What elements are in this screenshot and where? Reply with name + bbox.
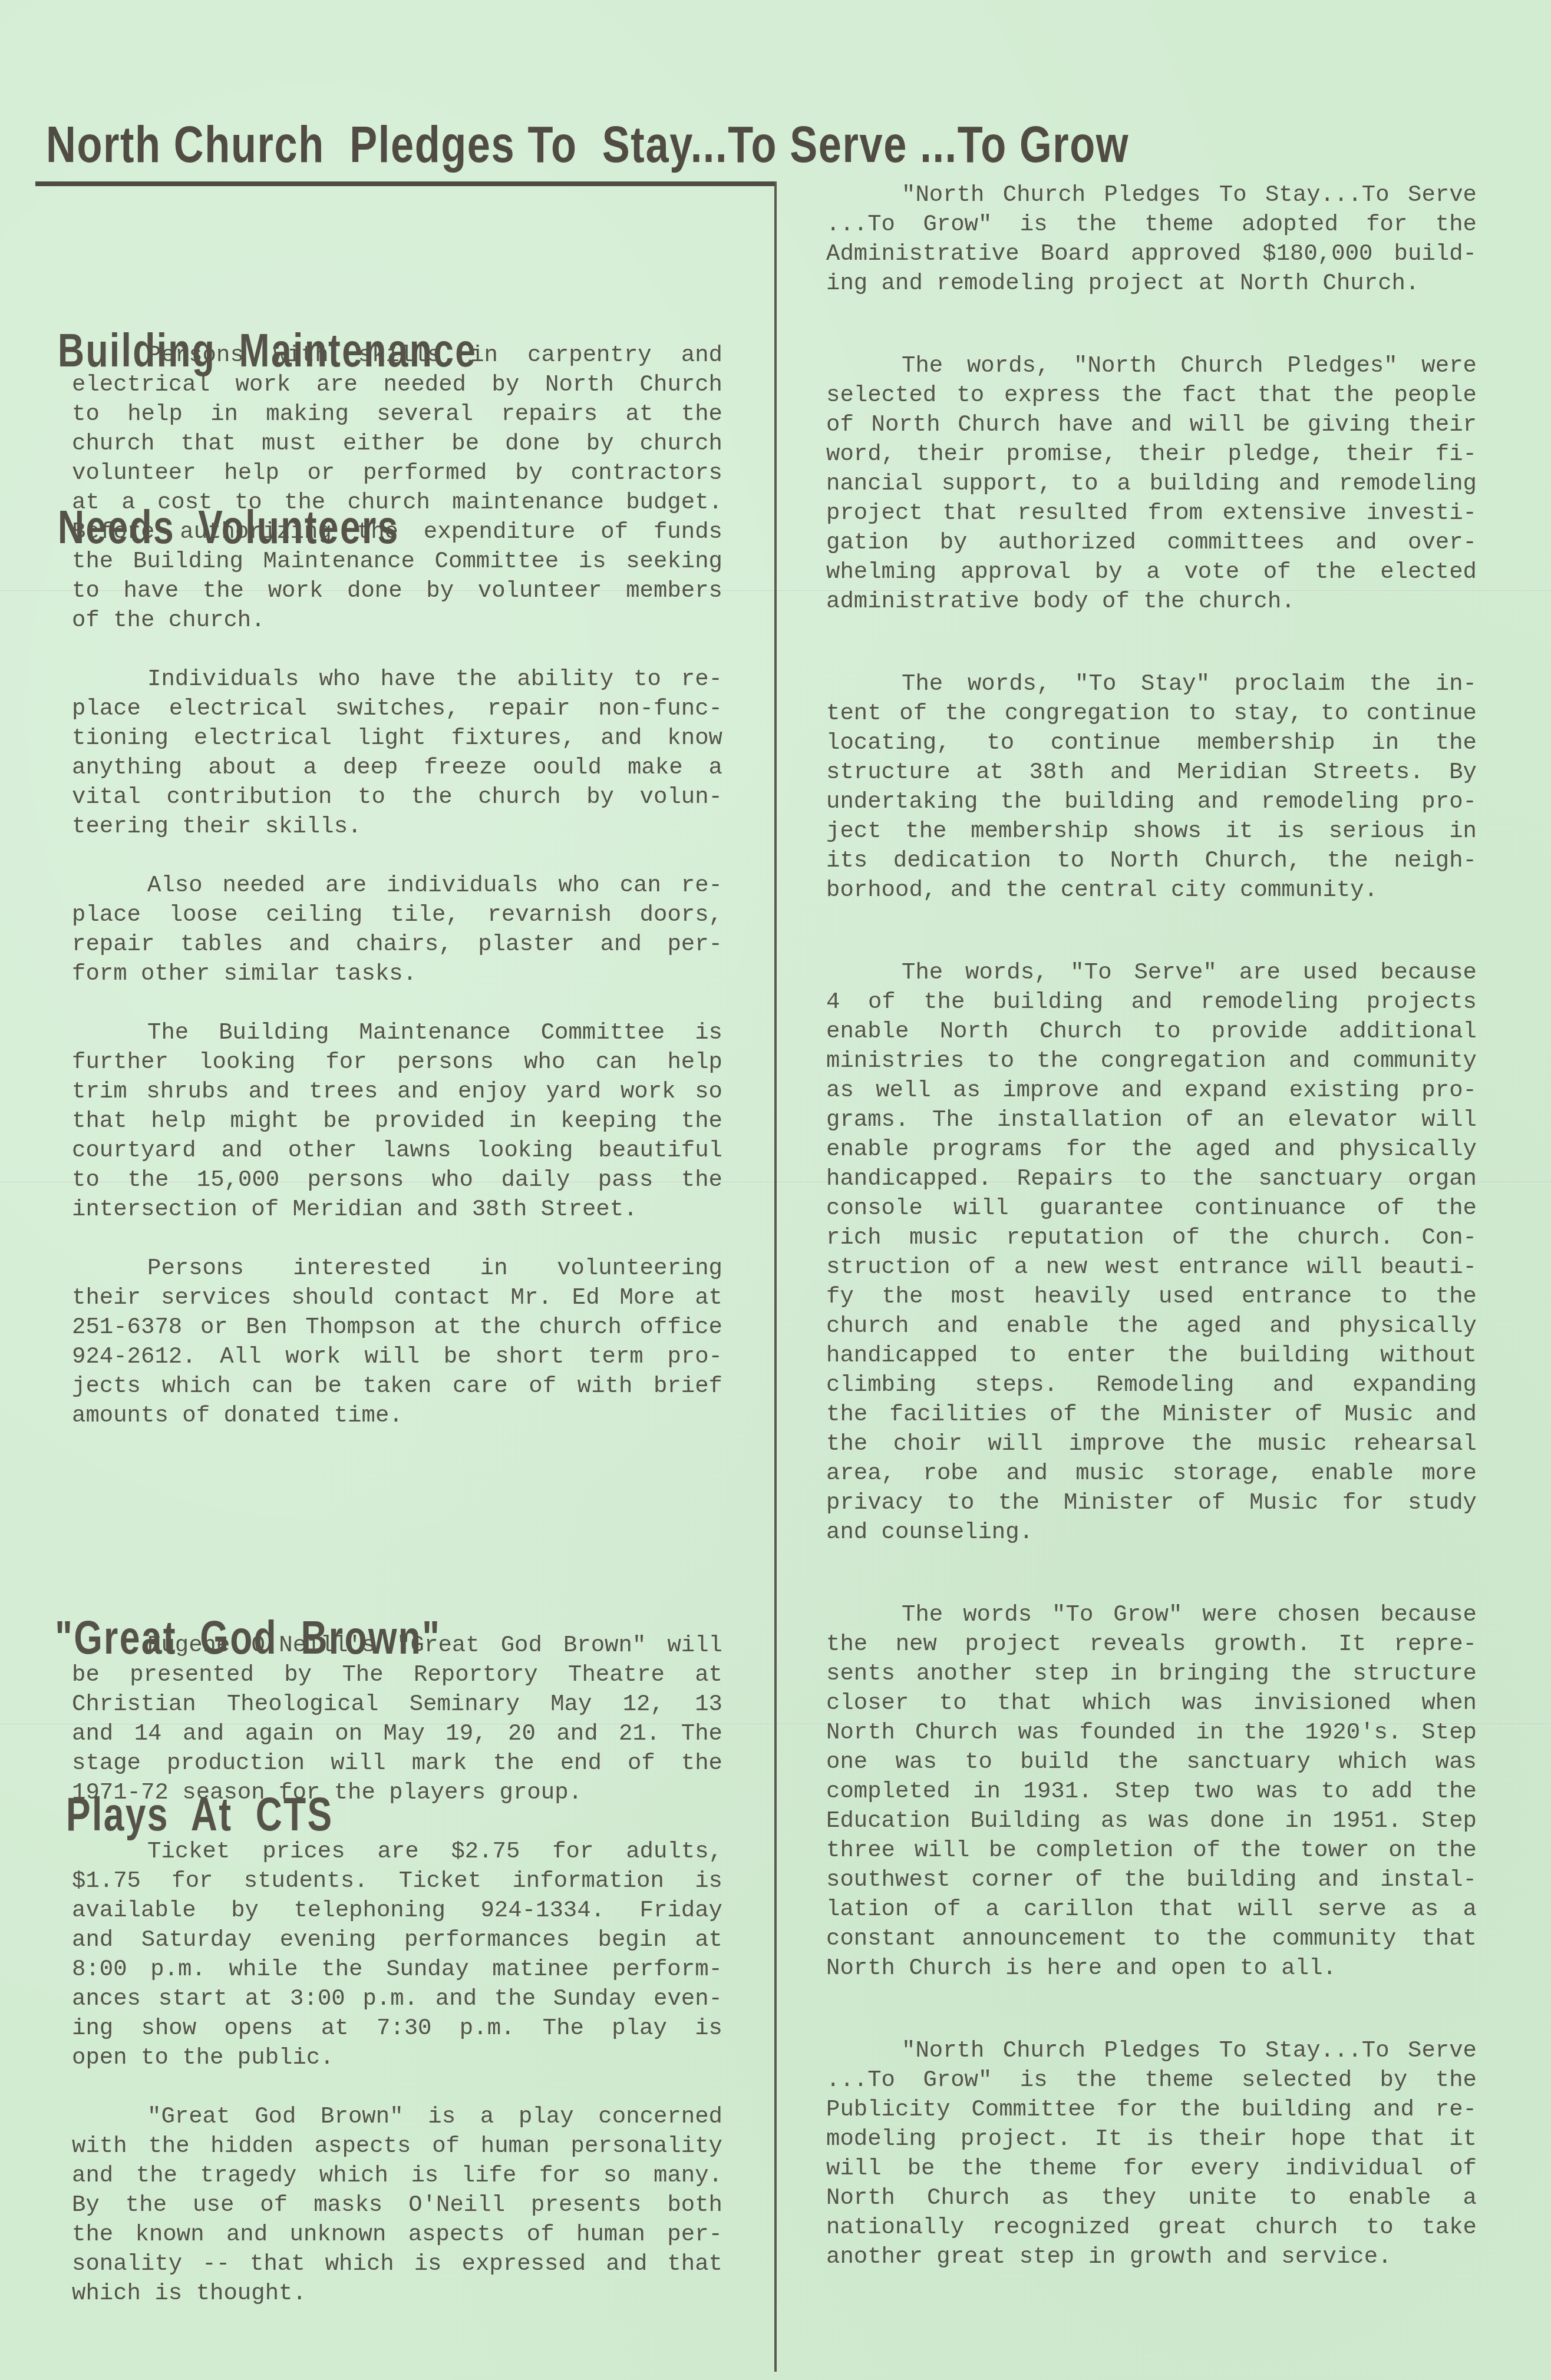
text-line: and 14 and again on May 19, 20 and 21. T… [72,1719,722,1748]
paragraph: The Building Maintenance Committee isfur… [72,1018,722,1224]
text-line: ing and remodeling project at North Chur… [826,269,1477,298]
text-line: the Building Maintenance Committee is se… [72,547,722,576]
text-line: open to the public. [72,2043,722,2072]
text-line: 924-2612. All work will be short term pr… [72,1342,722,1371]
text-line: ministries to the congregation and commu… [826,1046,1477,1076]
text-line: church that must either be done by churc… [72,429,722,458]
text-line: word, their promise, their pledge, their… [826,439,1477,469]
text-line: stage production will mark the end of th… [72,1748,722,1778]
article-north-church-pledges: "North Church Pledges To Stay...To Serve… [826,180,1477,2272]
text-line: constant announcement to the community t… [826,1924,1477,1953]
text-line: Education Building as was done in 1951. … [826,1806,1477,1836]
text-line: the known and unknown aspects of human p… [72,2220,722,2249]
text-line: enable programs for the aged and physica… [826,1135,1477,1164]
text-line: "North Church Pledges To Stay...To Serve [826,2036,1477,2065]
text-line: to the 15,000 persons who daily pass the [72,1165,722,1195]
text-line: 251-6378 or Ben Thompson at the church o… [72,1313,722,1342]
text-line: North Church as they unite to enable a [826,2183,1477,2213]
paragraph: The words, "To Serve" are used because4 … [826,958,1477,1547]
text-line: By the use of masks O'Neill presents bot… [72,2190,722,2220]
text-line: three will be completion of the tower on… [826,1836,1477,1865]
text-line: climbing steps. Remodeling and expanding [826,1370,1477,1400]
text-line: The words, "To Stay" proclaim the in- [826,669,1477,699]
text-line: modeling project. It is their hope that … [826,2124,1477,2154]
text-line: nationally recognized great church to ta… [826,2213,1477,2242]
paragraph: Ticket prices are $2.75 for adults,$1.75… [72,1837,722,2072]
text-line: their services should contact Mr. Ed Mor… [72,1283,722,1313]
text-line: anything about a deep freeze oould make … [72,753,722,782]
paragraph: "North Church Pledges To Stay...To Serve… [826,2036,1477,2272]
text-line: place loose ceiling tile, revarnish door… [72,900,722,930]
paragraph: "Great God Brown" is a play concernedwit… [72,2102,722,2308]
text-line: trim shrubs and trees and enjoy yard wor… [72,1077,722,1106]
text-line: Individuals who have the ability to re- [72,665,722,694]
text-line: The words "To Grow" were chosen because [826,1600,1477,1629]
text-line: sonality -- that which is expressed and … [72,2249,722,2279]
text-line: ...To Grow" is the theme adopted for the [826,210,1477,239]
paragraph: Also needed are individuals who can re-p… [72,871,722,989]
text-line: Administrative Board approved $180,000 b… [826,239,1477,269]
text-line: tent of the congregation to stay, to con… [826,699,1477,728]
text-line: Persons interested in volunteering [72,1254,722,1283]
text-line: whelming approval by a vote of the elect… [826,557,1477,587]
text-line: $1.75 for students. Ticket information i… [72,1866,722,1896]
newsletter-page: North Church Pledges To Stay...To Serve … [0,0,1551,2380]
text-line: further looking for persons who can help [72,1047,722,1077]
text-line: its dedication to North Church, the neig… [826,846,1477,875]
text-line: handicapped. Repairs to the sanctuary or… [826,1164,1477,1194]
column-divider [774,181,777,2372]
text-line: volunteer help or performed by contracto… [72,458,722,488]
text-line: 4 of the building and remodeling project… [826,987,1477,1017]
text-line: amounts of donated time. [72,1401,722,1430]
text-line: church and enable the aged and physicall… [826,1311,1477,1341]
text-line: and counseling. [826,1518,1477,1547]
text-line: and Saturday evening performances begin … [72,1925,722,1955]
text-line: tioning electrical light fixtures, and k… [72,723,722,753]
text-line: North Church is here and open to all. [826,1953,1477,1983]
text-line: The Building Maintenance Committee is [72,1018,722,1047]
text-line: jects which can be taken care of with br… [72,1371,722,1401]
text-line: "North Church Pledges To Stay...To Serve [826,180,1477,210]
text-line: the facilities of the Minister of Music … [826,1400,1477,1429]
text-line: vital contribution to the church by volu… [72,782,722,812]
text-line: selected to express the fact that the pe… [826,381,1477,410]
text-line: of the church. [72,606,722,635]
text-line: Also needed are individuals who can re- [72,871,722,900]
text-line: fy the most heavily used entrance to the [826,1282,1477,1311]
paragraph: Individuals who have the ability to re-p… [72,665,722,841]
text-line: "Great God Brown" is a play concerned [72,2102,722,2131]
text-line: 1971-72 season for the players group. [72,1778,722,1807]
text-line: place electrical switches, repair non-fu… [72,694,722,723]
text-line: structure at 38th and Meridian Streets. … [826,758,1477,787]
text-line: Eugene O'Neill's "Great God Brown" will [72,1631,722,1660]
banner-title: North Church Pledges To Stay...To Serve … [46,112,1182,177]
paragraph: The words, "North Church Pledges" werese… [826,351,1477,616]
text-line: ances start at 3:00 p.m. and the Sunday … [72,1984,722,2014]
horizontal-rule [35,181,777,186]
text-line: and the tragedy which is life for so man… [72,2161,722,2190]
text-line: ing show opens at 7:30 p.m. The play is [72,2014,722,2043]
text-line: nancial support, to a building and remod… [826,469,1477,498]
text-line: console will guarantee continuance of th… [826,1194,1477,1223]
text-line: courtyard and other lawns looking beauti… [72,1136,722,1165]
text-line: at a cost to the church maintenance budg… [72,488,722,517]
text-line: to have the work done by volunteer membe… [72,576,722,606]
text-line: form other similar tasks. [72,959,722,989]
text-line: the new project reveals growth. It repre… [826,1629,1477,1659]
text-line: one was to build the sanctuary which was [826,1747,1477,1777]
paragraph: Eugene O'Neill's "Great God Brown" willb… [72,1631,722,1807]
text-line: handicapped to enter the building withou… [826,1341,1477,1370]
text-line: 8:00 p.m. while the Sunday matinee perfo… [72,1955,722,1984]
text-line: Persons with skills in carpentry and [72,341,722,370]
text-line: borhood, and the central city community. [826,875,1477,905]
text-line: Ticket prices are $2.75 for adults, [72,1837,722,1866]
article-building-maintenance: Persons with skills in carpentry andelec… [72,341,722,1430]
text-line: be presented by The Reportory Theatre at [72,1660,722,1690]
text-line: will be the theme for every individual o… [826,2154,1477,2183]
text-line: The words, "To Serve" are used because [826,958,1477,987]
article-great-god-brown: Eugene O'Neill's "Great God Brown" willb… [72,1631,722,2308]
text-line: ject the membership shows it is serious … [826,817,1477,846]
text-line: sents another step in bringing the struc… [826,1659,1477,1688]
text-line: Before authorizing the expenditure of fu… [72,517,722,547]
paragraph: "North Church Pledges To Stay...To Serve… [826,180,1477,298]
text-line: grams. The installation of an elevator w… [826,1105,1477,1135]
text-line: teering their skills. [72,812,722,841]
text-line: completed in 1931. Step two was to add t… [826,1777,1477,1806]
text-line: undertaking the building and remodeling … [826,787,1477,817]
text-line: Publicity Committee for the building and… [826,2095,1477,2124]
text-line: enable North Church to provide additiona… [826,1017,1477,1046]
text-line: with the hidden aspects of human persona… [72,2131,722,2161]
text-line: another great step in growth and service… [826,2242,1477,2272]
text-line: struction of a new west entrance will be… [826,1252,1477,1282]
text-line: privacy to the Minister of Music for stu… [826,1488,1477,1518]
paragraph: Persons with skills in carpentry andelec… [72,341,722,635]
text-line: that help might be provided in keeping t… [72,1106,722,1136]
text-line: lation of a carillon that will serve as … [826,1895,1477,1924]
text-line: electrical work are needed by North Chur… [72,370,722,399]
text-line: closer to that which was invisioned when [826,1688,1477,1718]
text-line: the choir will improve the music rehears… [826,1429,1477,1459]
paragraph: The words "To Grow" were chosen becauset… [826,1600,1477,1983]
text-line: locating, to continue membership in the [826,728,1477,758]
text-line: Christian Theological Seminary May 12, 1… [72,1690,722,1719]
text-line: rich music reputation of the church. Con… [826,1223,1477,1252]
text-line: North Church was founded in the 1920's. … [826,1718,1477,1747]
text-line: available by telephoning 924-1334. Frida… [72,1896,722,1925]
text-line: which is thought. [72,2279,722,2308]
text-line: The words, "North Church Pledges" were [826,351,1477,381]
text-line: administrative body of the church. [826,587,1477,616]
paragraph: The words, "To Stay" proclaim the in-ten… [826,669,1477,905]
text-line: project that resulted from extensive inv… [826,498,1477,528]
text-line: to help in making several repairs at the [72,399,722,429]
text-line: as well as improve and expand existing p… [826,1076,1477,1105]
text-line: area, robe and music storage, enable mor… [826,1459,1477,1488]
text-line: repair tables and chairs, plaster and pe… [72,930,722,959]
text-line: intersection of Meridian and 38th Street… [72,1195,722,1224]
text-line: of North Church have and will be giving … [826,410,1477,439]
text-line: gation by authorized committees and over… [826,528,1477,557]
text-line: ...To Grow" is the theme selected by the [826,2065,1477,2095]
paragraph: Persons interested in volunteeringtheir … [72,1254,722,1430]
text-line: southwest corner of the building and ins… [826,1865,1477,1895]
